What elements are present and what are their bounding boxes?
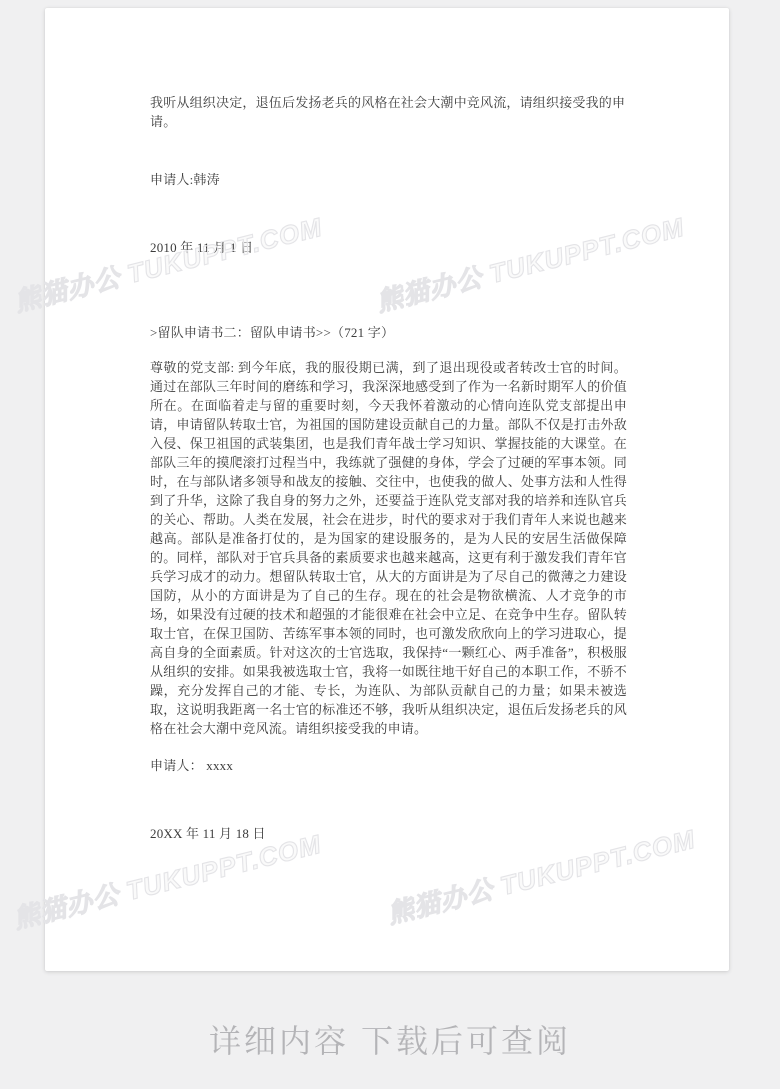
watermark-top-left: 熊猫办公 TUKUPPT.COM <box>10 207 326 319</box>
section-title: >留队申请书二：留队申请书>>（721 字） <box>150 323 627 342</box>
applicant-signature-1: 申请人:韩涛 <box>150 170 627 189</box>
date-line-2: 20XX 年 11 月 18 日 <box>150 824 627 843</box>
document-page: 我听从组织决定，退伍后发扬老兵的风格在社会大潮中竞风流，请组织接受我的申请。 申… <box>45 8 729 971</box>
watermark-top-right: 熊猫办公 TUKUPPT.COM <box>372 207 688 319</box>
letter-body: 尊敬的党支部: 到今年底，我的服役期已满，到了退出现役或者转改士官的时间。通过在… <box>150 358 627 738</box>
closing-line: 我听从组织决定，退伍后发扬老兵的风格在社会大潮中竞风流，请组织接受我的申请。 <box>150 93 627 131</box>
document-preview: 我听从组织决定，退伍后发扬老兵的风格在社会大潮中竞风流，请组织接受我的申请。 申… <box>0 0 780 1089</box>
footer-caption: 详细内容 下载后可查阅 <box>0 1022 780 1060</box>
date-line-1: 2010 年 11 月 1 日 <box>150 238 627 257</box>
applicant-signature-2: 申请人： xxxx <box>150 756 627 775</box>
